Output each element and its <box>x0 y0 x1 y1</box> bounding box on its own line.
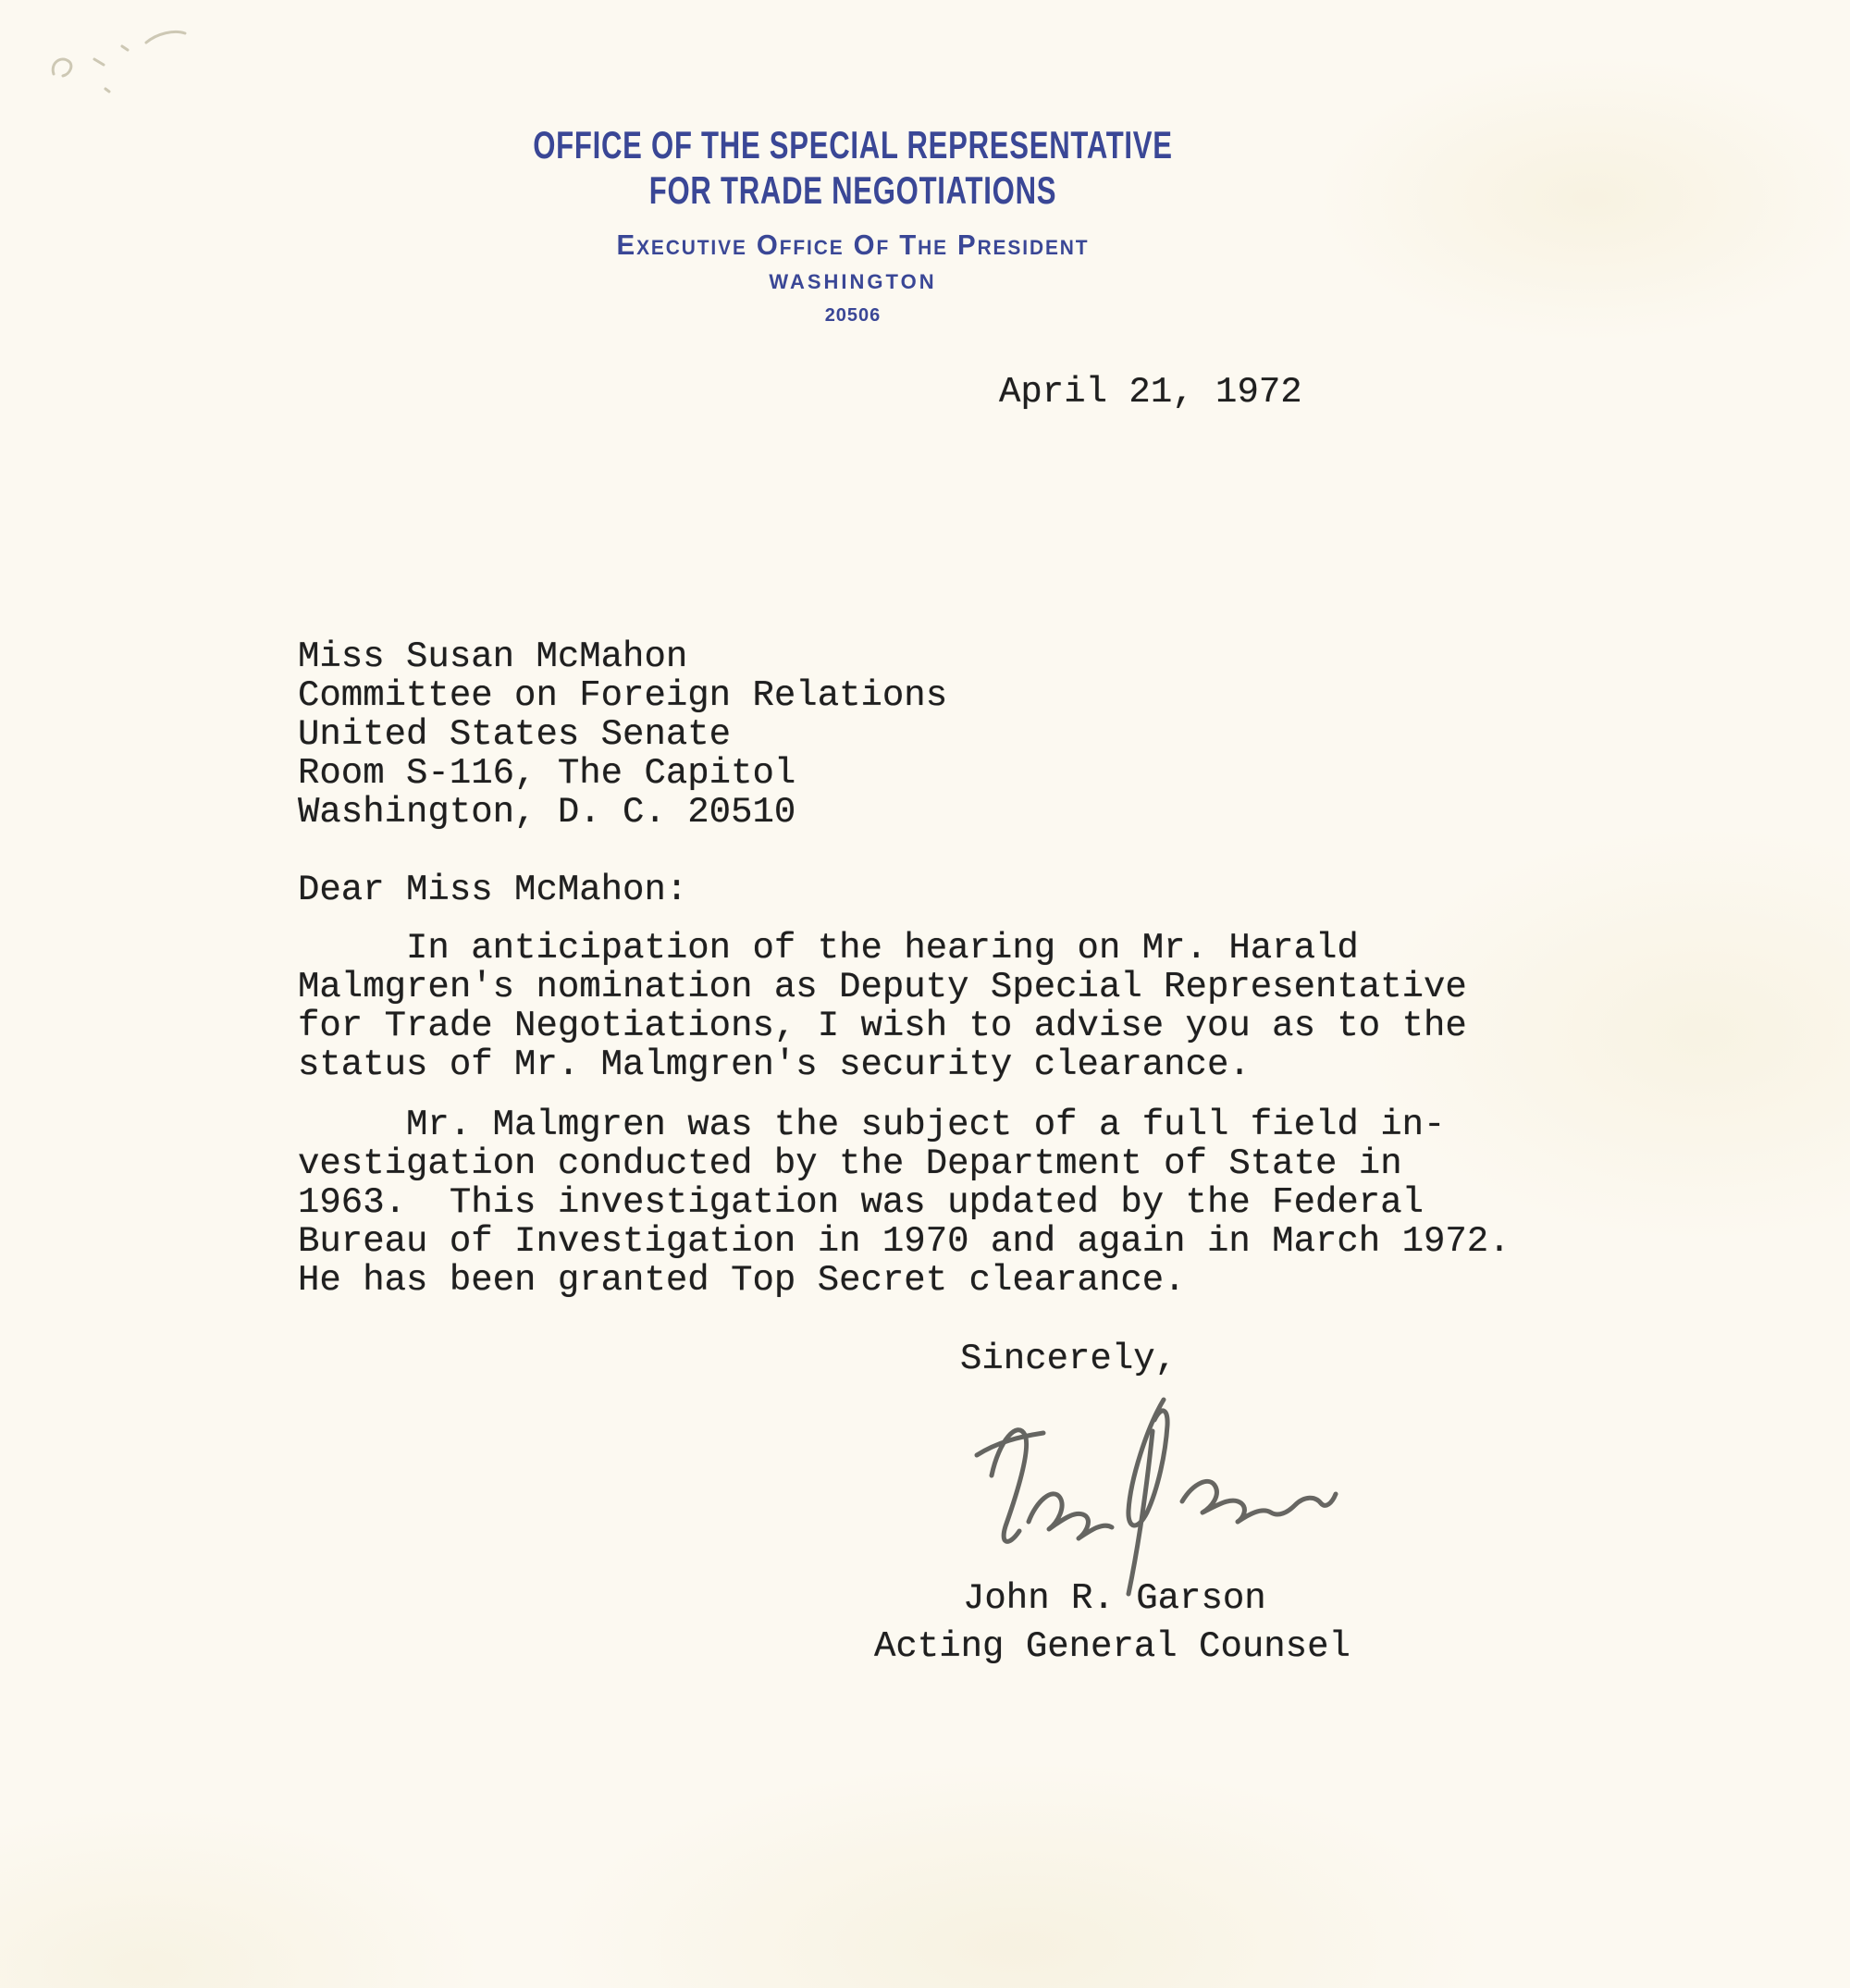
date-line: April 21, 1972 <box>999 373 1302 412</box>
letterhead-zip-line: 20506 <box>0 305 1706 326</box>
recipient-address-block: Miss Susan McMahon Committee on Foreign … <box>298 637 947 832</box>
salutation-line: Dear Miss McMahon: <box>298 871 687 909</box>
signer-name-line: John R. Garson <box>963 1579 1266 1618</box>
signer-title-line: Acting General Counsel <box>874 1627 1350 1666</box>
signature-handwritten <box>971 1383 1341 1605</box>
letterhead: OFFICE OF THE SPECIAL REPRESENTATIVE FOR… <box>0 0 1706 352</box>
scanned-letter-page: OFFICE OF THE SPECIAL REPRESENTATIVE FOR… <box>0 0 1850 1988</box>
letterhead-office-line-1: OFFICE OF THE SPECIAL REPRESENTATIVE <box>222 124 1485 167</box>
body-paragraph-1: In anticipation of the hearing on Mr. Ha… <box>298 929 1611 1084</box>
body-paragraph-2: Mr. Malmgren was the subject of a full f… <box>298 1105 1611 1300</box>
letterhead-office-line-2: FOR TRADE NEGOTIATIONS <box>222 169 1485 212</box>
letterhead-executive-office-line: Executive Office Of The President <box>43 229 1663 261</box>
letterhead-city-line: WASHINGTON <box>0 271 1706 293</box>
valediction-line: Sincerely, <box>960 1340 1177 1378</box>
